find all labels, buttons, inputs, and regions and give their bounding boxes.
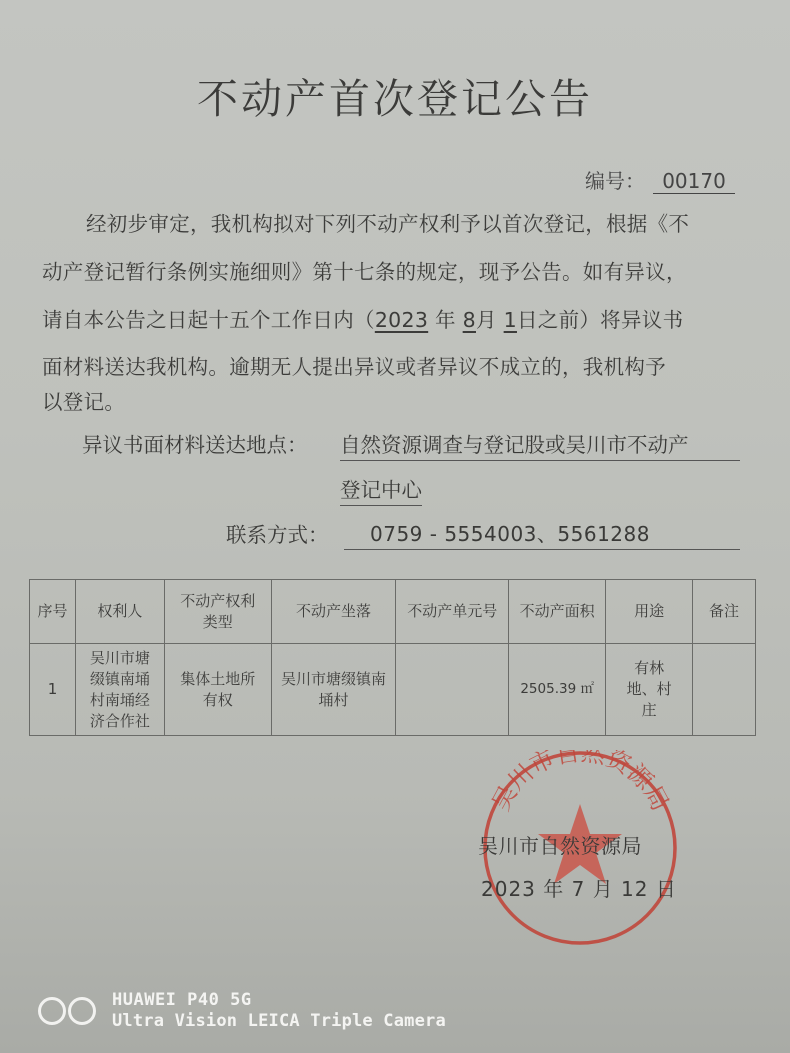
watermark-model: HUAWEI P40 5G (112, 990, 446, 1011)
cell-index: 1 (30, 644, 76, 736)
paragraph-line-3: 面材料送达我机构。逾期无人提出异议或者异议不成立的，我机构予 (42, 350, 666, 380)
header-usage: 用途 (606, 580, 693, 644)
registration-table: 序号 权利人 不动产权利类型 不动产坐落 不动产单元号 不动产面积 用途 备注 … (29, 579, 756, 736)
deadline-day: 1 (504, 308, 517, 332)
deadline-line: 请自本公告之日起十五个工作日内（2023 年 8月 1日之前）将异议书 (42, 303, 683, 333)
deadline-month: 8 (463, 308, 476, 332)
paragraph-line-4: 以登记。 (42, 385, 125, 415)
cell-remark (693, 644, 756, 736)
address-value-line2: 登记中心 (340, 473, 422, 506)
notice-page: 不动产首次登记公告 编号：00170 经初步审定，我机构拟对下列不动产权利予以首… (0, 0, 790, 1053)
cell-owner: 吴川市塘缀镇南埇村南埇经济合作社 (75, 644, 164, 736)
cell-area: 2505.39 ㎡ (509, 644, 606, 736)
contact-label: 联系方式： (226, 518, 329, 548)
table-header-row: 序号 权利人 不动产权利类型 不动产坐落 不动产单元号 不动产面积 用途 备注 (30, 580, 756, 644)
deadline-prefix: 请自本公告之日起十五个工作日内（ (42, 308, 375, 332)
header-unit-no: 不动产单元号 (396, 580, 509, 644)
cell-usage: 有林地、村庄 (606, 644, 693, 736)
table-row: 1 吴川市塘缀镇南埇村南埇经济合作社 集体土地所有权 吴川市塘缀镇南埇村 250… (30, 644, 756, 736)
paragraph-line-1: 经初步审定，我机构拟对下列不动产权利予以首次登记，根据《不 (86, 207, 689, 237)
header-right-type: 不动产权利类型 (164, 580, 271, 644)
deadline-suffix: 日之前）将异议书 (517, 308, 683, 332)
camera-lens-icon (38, 997, 96, 1025)
deadline-month-suffix: 月 (476, 308, 497, 332)
deadline-year-suffix: 年 (435, 308, 456, 332)
serial-number: 编号：00170 (585, 165, 735, 194)
page-title: 不动产首次登记公告 (0, 66, 790, 125)
header-location: 不动产坐落 (271, 580, 396, 644)
cell-unit-no (396, 644, 509, 736)
watermark-caption: Ultra Vision LEICA Triple Camera (112, 1011, 446, 1032)
header-owner: 权利人 (75, 580, 164, 644)
address-value-line1: 自然资源调查与登记股或吴川市不动产 (340, 428, 740, 461)
serial-value: 00170 (653, 169, 735, 194)
cell-location: 吴川市塘缀镇南埇村 (271, 644, 396, 736)
deadline-year: 2023 (375, 308, 428, 332)
contact-value: 0759 - 5554003、5561288 (344, 518, 740, 550)
cell-right-type: 集体土地所有权 (164, 644, 271, 736)
issue-date: 2023 年 7 月 12 日 (481, 873, 677, 902)
header-remark: 备注 (693, 580, 756, 644)
header-area: 不动产面积 (509, 580, 606, 644)
camera-watermark: HUAWEI P40 5G Ultra Vision LEICA Triple … (38, 990, 446, 1032)
header-index: 序号 (30, 580, 76, 644)
issuer-name: 吴川市自然资源局 (478, 830, 642, 859)
paragraph-line-2: 动产登记暂行条例实施细则》第十七条的规定，现予公告。如有异议， (42, 255, 687, 285)
serial-label: 编号： (585, 169, 645, 193)
address-label: 异议书面材料送达地点： (82, 428, 308, 458)
